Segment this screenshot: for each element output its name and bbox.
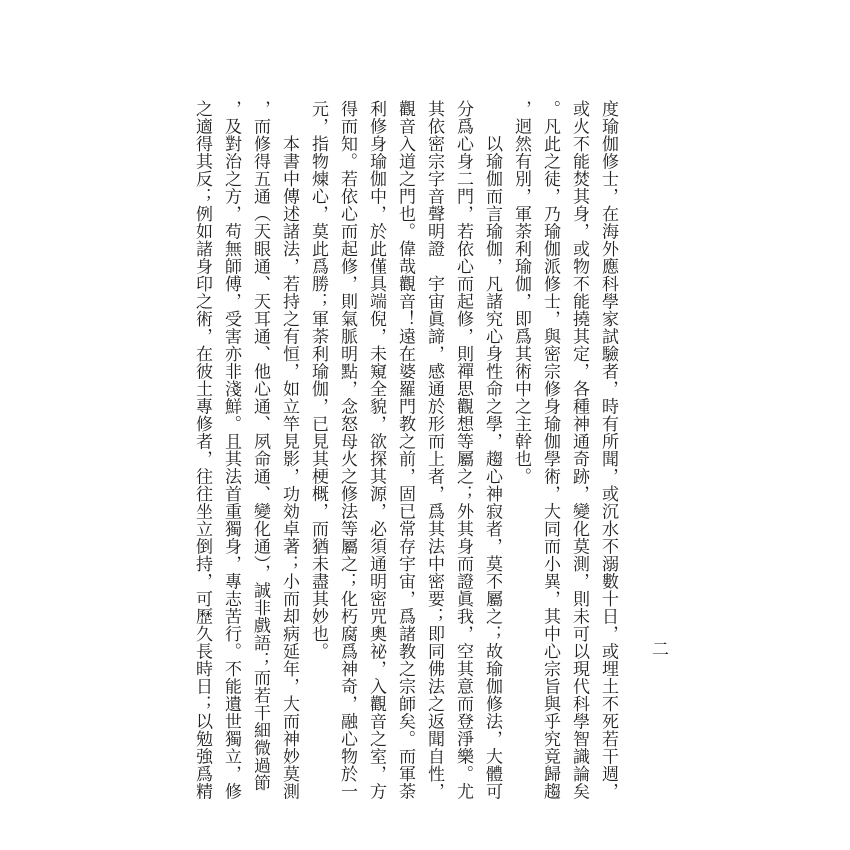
text-column: 之適得其反；例如諸身印之術，在彼土專修者，往往坐立倒持，可歷久長時日；以勉強爲精: [188, 100, 217, 814]
text-column: 。凡此之徒，乃瑜伽派修士，與密宗修身瑜伽學術，大同而小異，其中心宗旨與乎究竟歸趨: [536, 100, 565, 814]
page-number: 二: [646, 636, 670, 660]
text-column: ，及對治之方，苟無師傅，受害亦非淺鮮。且其法首重獨身，專志苦行。不能遺世獨立，修: [217, 100, 246, 814]
text-column: ，而修得五通（天眼通、天耳通、他心通、夙命通、變化通），誠非戲語；而若干細微過節: [246, 100, 275, 814]
text-column: 度瑜伽修士，在海外應科學家試驗者，時有所聞，或沉水不溺數十日，或埋土不死若干週，: [594, 100, 623, 814]
text-column: 得而知。若依心而起修，則氣脈明點，念怒母火之修法等屬之；化朽腐爲神奇，融心物於一: [333, 100, 362, 814]
text-column: 以瑜伽而言瑜伽，凡諸究心身性命之學，趨心神寂者，莫不屬之；故瑜伽修法，大體可: [478, 100, 507, 814]
text-column: 或火不能焚其身，或物不能撓其定，各種神通奇跡，變化莫測，則未可以現代科學智識論矣: [565, 100, 594, 814]
text-column: 觀音入道之門也。偉哉觀音！遠在婆羅門教之前，固已常存宇宙，爲諸教之宗師矣。而軍荼: [391, 100, 420, 814]
text-column: 其依密宗字音聲明證 宇宙眞諦，感通於形而上者，爲其法中密要；即同佛法之返聞自性，: [420, 100, 449, 814]
text-column: 利修身瑜伽中，於此僅具端倪，未窺全貌，欲探其源，必須通明密咒奧祕，入觀音之室，方: [362, 100, 391, 814]
text-column: 元，指物煉心，莫此爲勝；軍荼利瑜伽，已見其梗概，而猶未盡其妙也。: [304, 100, 333, 814]
vertical-text-block: 度瑜伽修士，在海外應科學家試驗者，時有所聞，或沉水不溺數十日，或埋土不死若干週，…: [188, 100, 623, 814]
text-column: 本書中傳述諸法，若持之有恒，如立竿見影，功効卓著；小而却病延年，大而神妙莫測: [275, 100, 304, 814]
book-page: 度瑜伽修士，在海外應科學家試驗者，時有所聞，或沉水不溺數十日，或埋土不死若干週，…: [0, 0, 850, 850]
text-column: ，迥然有別，軍荼利瑜伽，即爲其術中之主幹也。: [507, 100, 536, 814]
text-column: 分爲心身二門，若依心而起修，則禪思觀想等屬之；外其身而證眞我，空其意而登淨樂。尤: [449, 100, 478, 814]
